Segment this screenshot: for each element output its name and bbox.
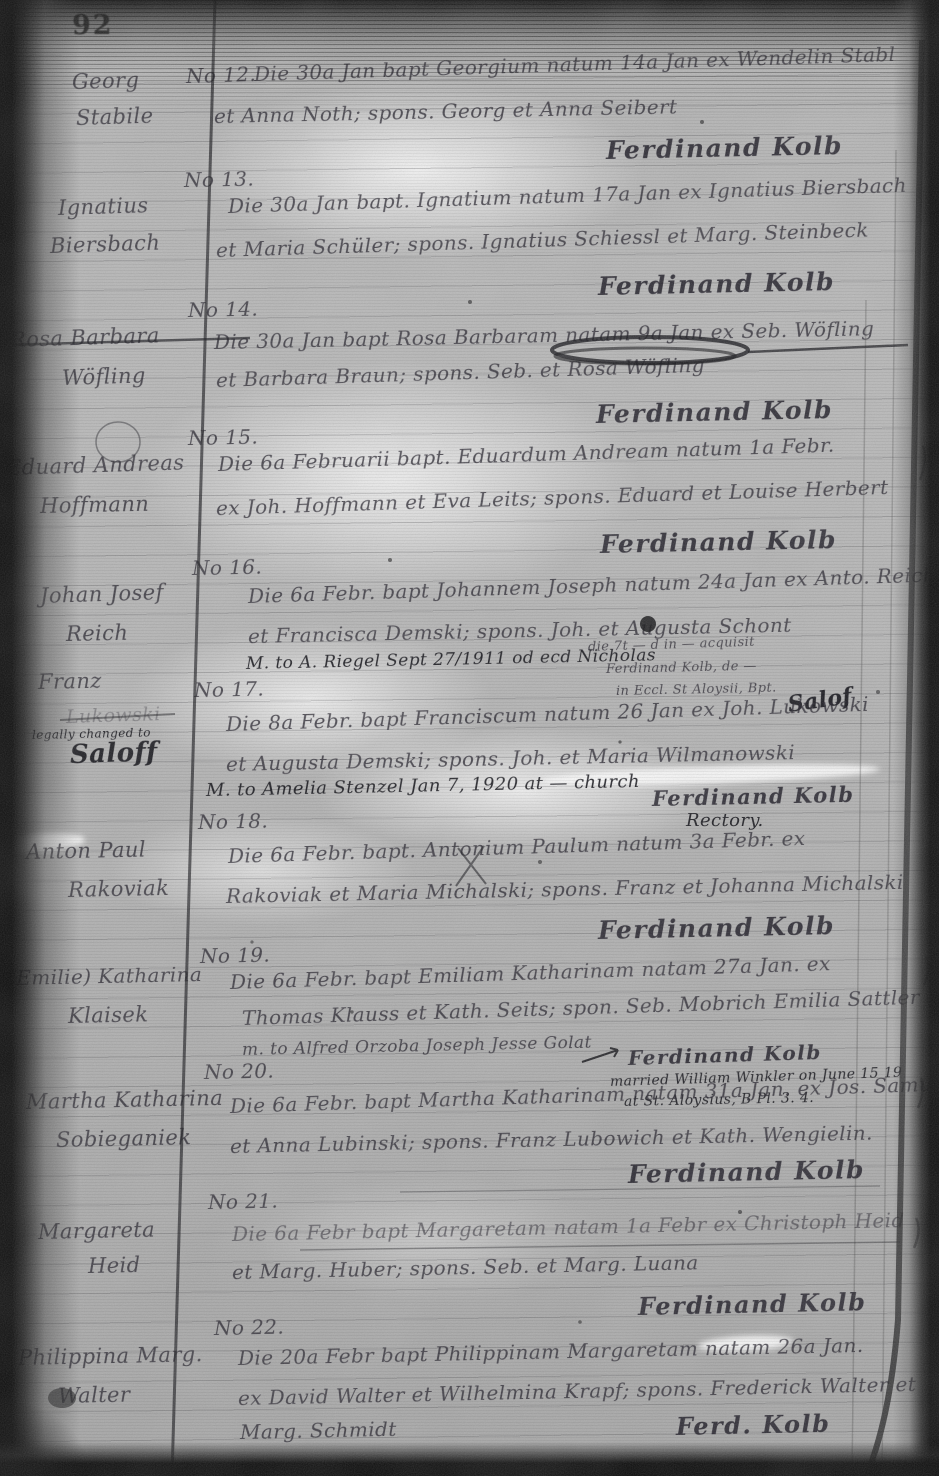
column-rule: [172, 0, 215, 1476]
entry-text-line: Die 6a Febr. bapt. Antonium Paulum natum…: [228, 826, 806, 868]
entry-child-name: Johan Josef: [40, 580, 164, 608]
entry-child-name: (Emilie) Katharina: [8, 962, 203, 990]
entry-number: No 16.: [192, 555, 263, 580]
entry-signature: Ferdinand Kolb: [596, 395, 834, 429]
entry-marriage-note: M. to Amelia Stenzel Jan 7, 1920 at — ch…: [206, 771, 640, 801]
entry-child-surname: Klaisek: [68, 1002, 149, 1028]
entry-text-line: ex Joh. Hoffmann et Eva Leits; spons. Ed…: [216, 475, 889, 520]
binding-spine-line: [866, 40, 922, 1476]
entry-marriage-note: m. to Alfred Orzoba Joseph Jesse Golat: [242, 1033, 592, 1060]
entry-child-name: Philippina Marg.: [18, 1342, 203, 1370]
entry-child-name: Martha Katharina: [26, 1086, 224, 1114]
scan-edge-bottom: [0, 1442, 939, 1476]
entry-child-surname: Wöfling: [62, 363, 146, 390]
entry-text-line: Die 6a Febr. bapt Johannem Joseph natum …: [248, 562, 937, 608]
entry-number: No 20.: [204, 1059, 275, 1084]
entry-number: No 13.: [184, 167, 255, 192]
entry-number: No 12.: [186, 62, 257, 88]
speck: [538, 860, 542, 864]
changed-surname: Saloff: [70, 737, 159, 770]
entry-number: No 18.: [198, 809, 269, 834]
entry-text-line: Die 6a Februarii bapt. Eduardum Andream …: [218, 433, 835, 476]
speck: [700, 120, 704, 124]
entry-child-name: Margareta: [38, 1218, 156, 1244]
scan-edge-right: [893, 0, 939, 1476]
entry-child-name: Anton Paul: [26, 837, 146, 864]
entry-signature: Ferdinand Kolb: [598, 267, 836, 301]
entry-text-line: et Marg. Huber; spons. Seb. et Marg. Lua…: [232, 1250, 699, 1284]
scanned-register-page: 92 No 12. Georg Stabile Die 30a Jan bapt…: [0, 0, 939, 1476]
page-number: 92: [72, 10, 114, 41]
entry-child-name: Ignatius: [58, 193, 149, 220]
entry-text-line: Rakoviak et Maria Michalski; spons. Fran…: [226, 870, 904, 908]
entry-signature: Ferdinand Kolb: [598, 911, 836, 945]
entry-text-line: Marg. Schmidt: [240, 1417, 397, 1444]
entry-child-surname: Sobieganiek: [56, 1125, 192, 1152]
entry-child-surname: Hoffmann: [40, 492, 150, 518]
entry-text-line: Die 8a Febr. bapt Franciscum natum 26 Ja…: [226, 692, 870, 736]
entry-text-line: et Anna Lubinski; spons. Franz Lubowich …: [230, 1121, 873, 1158]
entry-side-annotation: Ferdinand Kolb, de —: [606, 659, 757, 677]
entry-text-line: Thomas Klauss et Kath. Seits; spon. Seb.…: [242, 985, 920, 1030]
speck: [388, 558, 392, 562]
entry-child-name: Rosa Barbara: [10, 323, 160, 352]
entry-text-line: Die 20a Febr bapt Philippinam Margaretam…: [238, 1333, 864, 1370]
entry-child-name: Georg: [72, 68, 140, 94]
entry-text-line: Die 30a Jan bapt Rosa Barbaram natam 9a …: [214, 316, 875, 354]
entry-text-line: Die 6a Febr. bapt Martha Katharinam nata…: [230, 1071, 939, 1118]
entry-text-line: ex David Walter et Wilhelmina Krapf; spo…: [238, 1372, 917, 1410]
speck: [876, 690, 880, 694]
entry-text-line: et Barbara Braun; spons. Seb. et Rosa Wö…: [216, 353, 706, 392]
entry-number: No 17.: [194, 677, 265, 702]
faint-column-rule: [882, 150, 896, 1476]
entry-child-name: Eduard Andreas: [6, 450, 185, 480]
entry-child-surname: Reich: [66, 621, 129, 646]
entry-text-line: et Augusta Demski; spons. Joh. et Maria …: [226, 740, 796, 776]
entry-original-surname: Lukowski: [66, 703, 161, 728]
entry-child-surname: Heid: [88, 1253, 141, 1278]
entry-text-line: et Anna Noth; spons. Georg et Anna Seibe…: [214, 94, 678, 128]
entry-number: No 15.: [188, 425, 259, 450]
entry-text-line: Die 6a Febr. bapt Emiliam Katharinam nat…: [230, 951, 831, 994]
entry-text-line: Die 30a Jan bapt. Ignatium natum 17a Jan…: [228, 173, 908, 218]
speck: [468, 300, 472, 304]
entry-child-name: Franz: [38, 669, 102, 694]
entry-signature: Ferdinand Kolb: [628, 1155, 866, 1189]
entry-child-surname: Rakoviak: [68, 876, 170, 902]
scan-corner-shadow: [0, 1356, 140, 1476]
entry-signature: Ferdinand Kolb: [638, 1287, 867, 1321]
entry-signature: Ferdinand Kolb: [600, 525, 838, 559]
entry-text-line: Die 6a Febr bapt Margaretam natam 1a Feb…: [232, 1208, 905, 1246]
entry-text-line: Die 30a Jan bapt Georgium natum 14a Jan …: [254, 42, 896, 86]
entry-signature: Ferdinand Kolb: [628, 1040, 822, 1070]
stray-line: [300, 1242, 900, 1250]
entry-child-surname: Stabile: [76, 104, 154, 130]
entry-text-line: et Maria Schüler; spons. Ignatius Schies…: [216, 217, 869, 262]
entry-signature: Ferdinand Kolb: [606, 131, 844, 165]
entry-number: No 22.: [214, 1315, 285, 1340]
speck: [578, 1320, 582, 1324]
entry-number: No 19.: [200, 943, 271, 968]
entry-number: No 14.: [188, 297, 259, 322]
entry-signature: Ferdinand Kolb: [652, 782, 855, 811]
entry-number: No 21.: [208, 1189, 279, 1214]
entry-signature: Ferd. Kolb: [676, 1409, 831, 1441]
crossout-line: [748, 345, 908, 352]
entry-child-surname: Walter: [58, 1382, 131, 1408]
entry-child-surname: Biersbach: [50, 231, 161, 258]
